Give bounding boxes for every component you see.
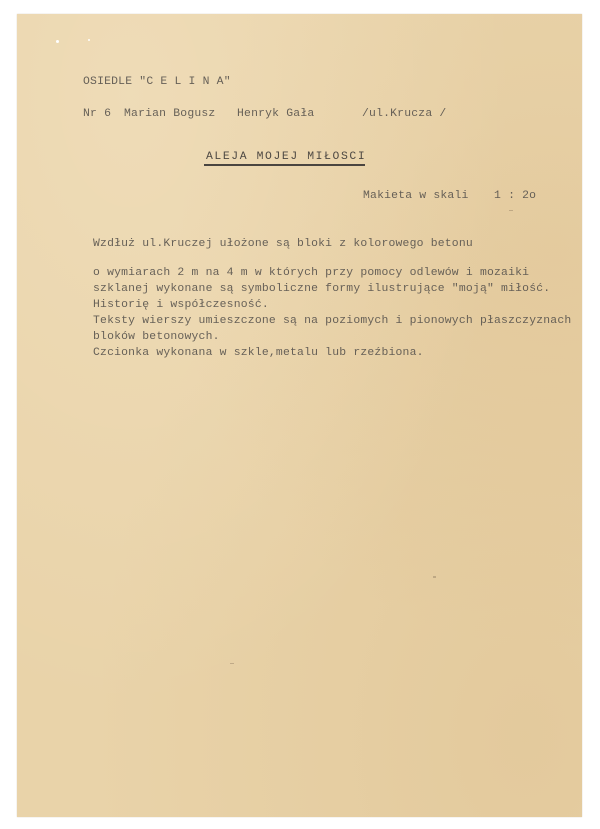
street-location: /ul.Krucza / <box>362 107 446 121</box>
author-marian-bogusz: Marian Bogusz <box>124 107 215 121</box>
paper-speck <box>509 210 513 211</box>
dust-mark <box>56 40 59 43</box>
title-underline <box>204 164 365 166</box>
author-henryk-gala: Henryk Gała <box>237 107 314 121</box>
body-line: Wzdłuż ul.Kruczej ułożone są bloki z kol… <box>93 237 473 251</box>
typewritten-page <box>17 14 582 817</box>
body-line: o wymiarach 2 m na 4 m w których przy po… <box>93 266 529 280</box>
dust-mark <box>88 39 90 41</box>
body-line: bloków betonowych. <box>93 330 220 344</box>
document-title: ALEJA MOJEJ MIŁOSCI <box>206 150 366 164</box>
project-number: Nr 6 <box>83 107 111 121</box>
paper-speck <box>433 576 436 578</box>
scale-value: 1 : 2o <box>494 189 536 203</box>
scale-label: Makieta w skali <box>363 189 469 203</box>
paper-speck <box>230 663 234 664</box>
body-line: Teksty wierszy umieszczone są na poziomy… <box>93 314 571 328</box>
body-line: Czcionka wykonana w szkle,metalu lub rze… <box>93 346 424 360</box>
body-line: szklanej wykonane są symboliczne formy i… <box>93 282 550 296</box>
estate-name: OSIEDLE "C E L I N A" <box>83 75 231 89</box>
body-line: Historię i współczesność. <box>93 298 269 312</box>
